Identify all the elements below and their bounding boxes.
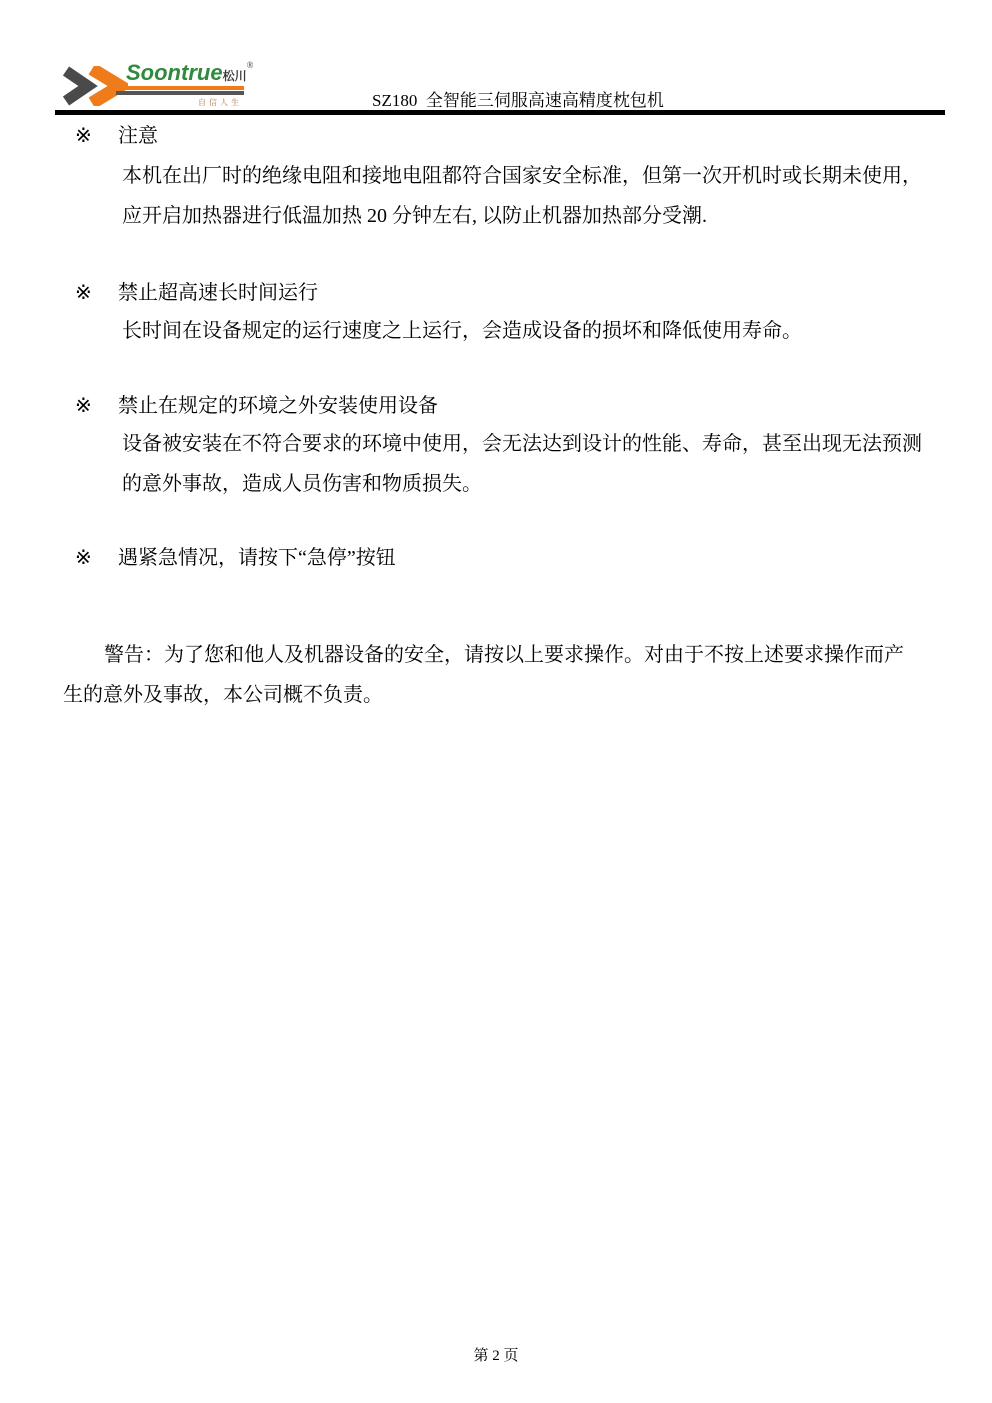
section-marker: ※ — [75, 394, 92, 418]
logo-orange-bar — [112, 86, 244, 90]
warning-line: 警告：为了您和他人及机器设备的安全，请按以上要求操作。对由于不按上述要求操作而产 — [104, 642, 904, 668]
brand-name-cn: 松川 — [223, 69, 247, 83]
brand-name: Soontrue — [126, 60, 223, 85]
section-marker: ※ — [75, 281, 92, 305]
section-marker: ※ — [75, 546, 92, 570]
section-heading: 禁止在规定的环境之外安装使用设备 — [118, 394, 438, 418]
brand-tagline: 自信人生 — [198, 97, 242, 108]
section-body-line: 长时间在设备规定的运行速度之上运行，会造成设备的损坏和降低使用寿命。 — [122, 318, 802, 344]
brand-wordmark: Soontrue松川® — [126, 60, 253, 86]
logo-gray-bar — [116, 91, 244, 95]
section-body-line: 的意外事故，造成人员伤害和物质损失。 — [122, 471, 482, 497]
warning-line: 生的意外及事故，本公司概不负责。 — [63, 682, 383, 708]
section-heading: 注意 — [118, 124, 158, 148]
soontrue-logo: Soontrue松川® 自信人生 — [62, 54, 262, 110]
section-marker: ※ — [75, 124, 92, 148]
section-body-line: 设备被安装在不符合要求的环境中使用，会无法达到设计的性能、寿命，甚至出现无法预测 — [122, 431, 922, 457]
registered-trademark-symbol: ® — [247, 60, 254, 70]
section-heading: 遇紧急情况，请按下“急停”按钮 — [118, 546, 396, 570]
section-heading: 禁止超高速长时间运行 — [118, 281, 318, 305]
manual-page: Soontrue松川® 自信人生 SZ180 全智能三伺服高速高精度枕包机 ※ … — [0, 0, 992, 1403]
page-number: 第 2 页 — [0, 1344, 992, 1365]
section-body-line: 应开启加热器进行低温加热 20 分钟左右, 以防止机器加热部分受潮. — [122, 203, 707, 229]
document-title: SZ180 全智能三伺服高速高精度枕包机 — [372, 86, 664, 111]
header-divider — [55, 110, 945, 115]
section-body-line: 本机在出厂时的绝缘电阻和接地电阻都符合国家安全标准，但第一次开机时或长期未使用， — [122, 163, 922, 189]
